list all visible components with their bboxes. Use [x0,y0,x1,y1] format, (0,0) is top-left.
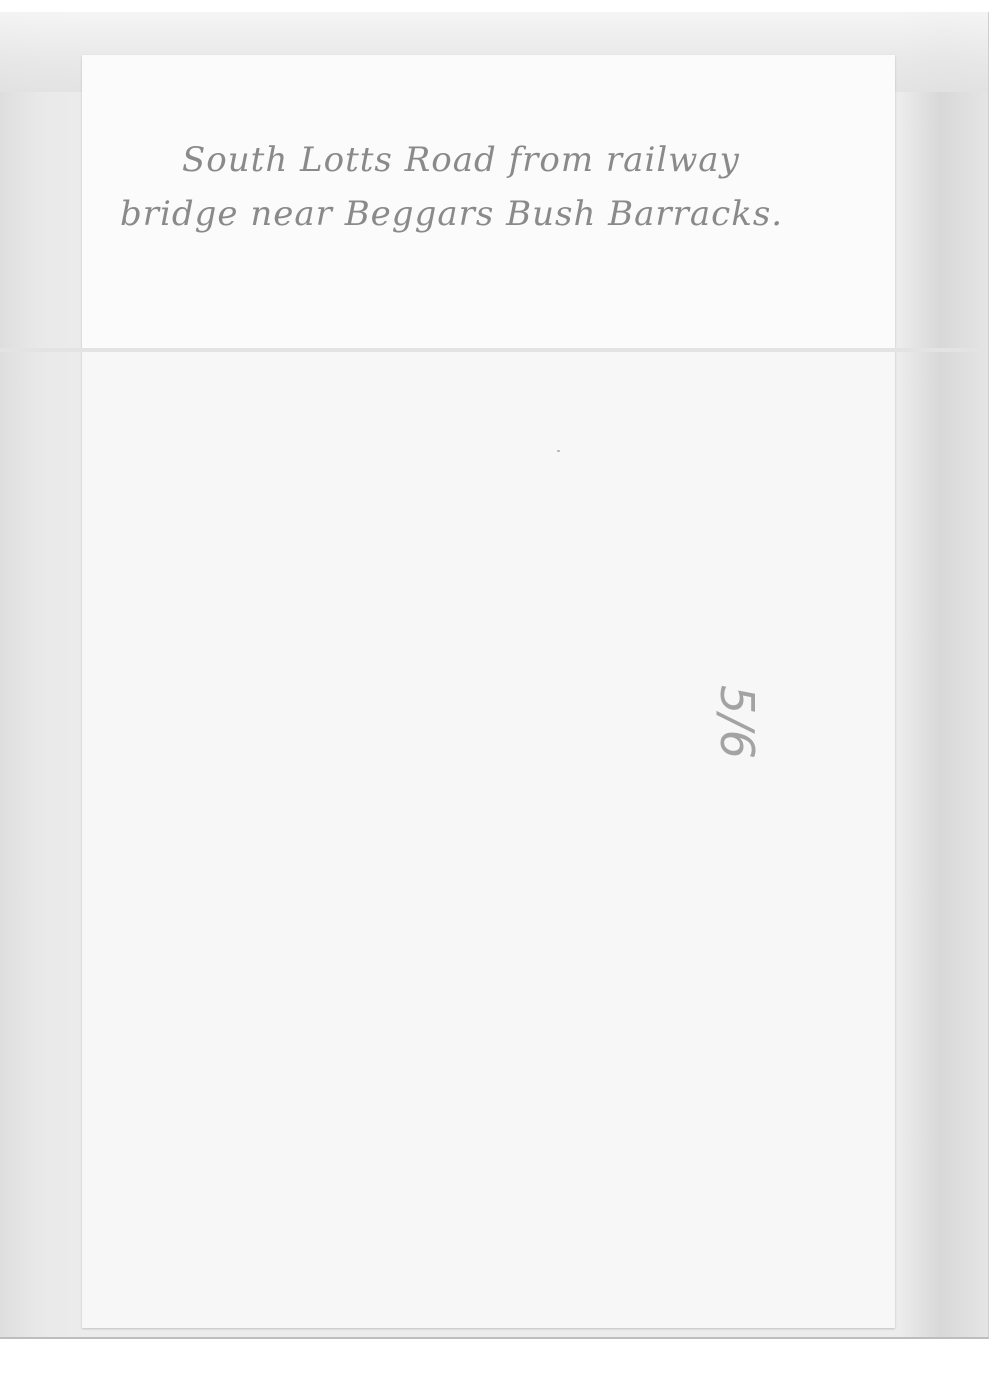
pencil-reference-note: 5/6 [710,685,764,759]
handwritten-caption: South Lotts Road from railway bridge nea… [120,133,960,241]
caption-line-2: bridge near Beggars Bush Barracks. [120,187,960,241]
paper-speck [557,450,560,452]
photo-back: South Lotts Road from railway bridge nea… [82,55,895,1328]
sleeve-band-edge [0,348,988,352]
caption-line-1: South Lotts Road from railway [120,133,960,187]
